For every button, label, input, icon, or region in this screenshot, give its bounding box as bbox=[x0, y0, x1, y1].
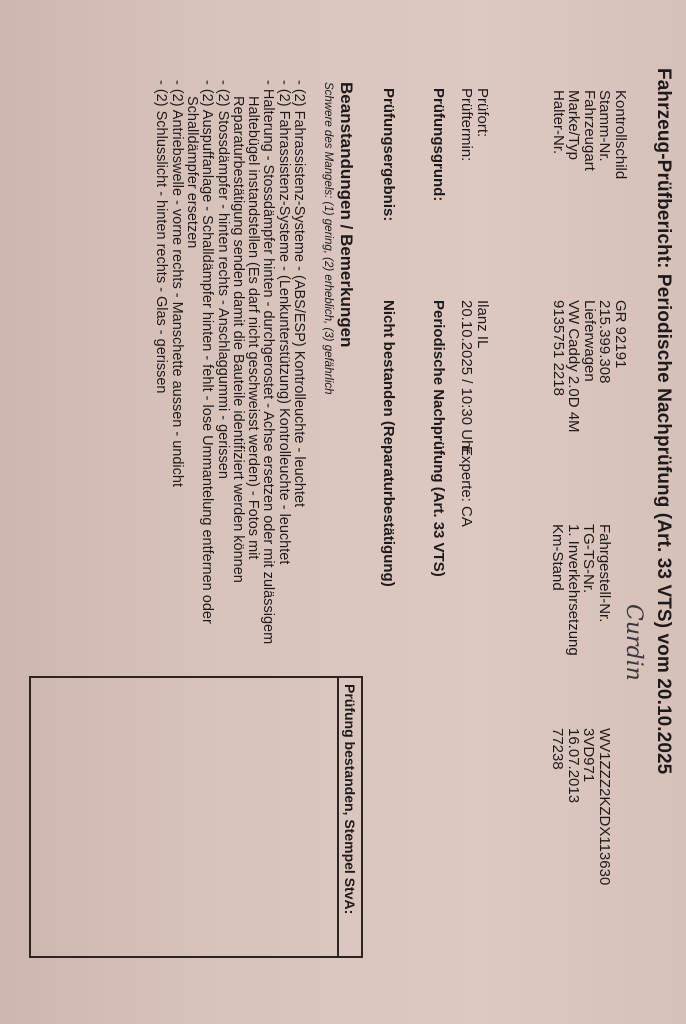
report-title: Fahrzeug-Prüfbericht: Periodische Nachpr… bbox=[652, 68, 674, 774]
value-kontrollschild: GR 92191 bbox=[613, 300, 629, 433]
label-kontrollschild: Kontrollschild bbox=[613, 90, 629, 179]
value-pruefungsergebnis: Nicht bestanden (Reparaturbestätigung) bbox=[381, 300, 397, 587]
defect-line: - (2) Fahrassistenz-Systeme - (Lenkunter… bbox=[275, 80, 290, 644]
label-tg-ts-nr: TG-TS-Nr. bbox=[581, 524, 597, 656]
value-fahrgestell-nr: WV1ZZZ2KZDX113630 bbox=[597, 728, 613, 885]
inspection-labels: Prüfort: Prüftermin: bbox=[459, 88, 490, 161]
value-halter-nr: 9135751 2218 bbox=[551, 300, 567, 433]
defect-line: Haltebügel instandstellen (Es darf nicht… bbox=[245, 80, 260, 644]
label-km-stand: Km-Stand bbox=[550, 524, 566, 656]
value-fahrzeugart: Lieferwagen bbox=[582, 300, 598, 433]
vehicle-left-values: GR 92191 215.399.308 Lieferwagen VW Cadd… bbox=[551, 300, 629, 433]
value-marke-typ: VW Caddy 2.0D 4M bbox=[566, 300, 582, 433]
label-inverkehrsetzung: 1. Inverkehrsetzung bbox=[566, 524, 582, 656]
value-pruefort: Ilanz IL bbox=[475, 300, 491, 453]
defect-line: Reparaturbestätigung senden damit die Ba… bbox=[230, 80, 245, 644]
remarks-title: Beanstandungen / Bemerkungen bbox=[336, 82, 356, 347]
severity-legend: Schwere des Mangels: (1) gering, (2) erh… bbox=[322, 82, 334, 395]
defect-line: - (2) Schlusslicht - hinten rechts - Gla… bbox=[153, 80, 168, 644]
label-pruefungsgrund: Prüfungsgrund: bbox=[431, 88, 447, 201]
defect-line: - (2) Auspuffanlage - Schalldämpfer hint… bbox=[199, 80, 214, 644]
vehicle-right-values: WV1ZZZ2KZDX113630 3VD971 16.07.2013 7723… bbox=[550, 728, 612, 885]
inspection-report-page: Fahrzeug-Prüfbericht: Periodische Nachpr… bbox=[0, 0, 686, 1024]
label-pruefort: Prüfort: bbox=[475, 88, 491, 161]
defect-line: - (2) Fahrassistenz-Systeme - (ABS/ESP) … bbox=[291, 80, 306, 644]
stamp-box: Prüfung bestanden, Stempel StvA: bbox=[29, 676, 363, 958]
defect-line: - Halterung - Stossdämpfer hinten - durc… bbox=[260, 80, 275, 644]
value-pruefungsgrund: Periodische Nachprüfung (Art. 33 VTS) bbox=[431, 300, 447, 577]
label-fahrzeugart: Fahrzeugart bbox=[582, 90, 598, 179]
label-marke-typ: Marke/Typ bbox=[566, 90, 582, 179]
stamp-box-header: Prüfung bestanden, Stempel StvA: bbox=[337, 678, 361, 956]
defect-line: Schalldämpfer ersetzen bbox=[184, 80, 199, 644]
label-halter-nr: Halter-Nr. bbox=[551, 90, 567, 179]
value-inverkehrsetzung: 16.07.2013 bbox=[566, 728, 582, 885]
label-stamm-nr: Stamm-Nr. bbox=[597, 90, 613, 179]
value-tg-ts-nr: 3VD971 bbox=[581, 728, 597, 885]
inspection-values: Ilanz IL 20.10.2025 / 10:30 Uhr bbox=[459, 300, 490, 453]
value-prueftermin: 20.10.2025 / 10:30 Uhr bbox=[459, 300, 475, 453]
vehicle-right-labels: Fahrgestell-Nr. TG-TS-Nr. 1. Inverkehrse… bbox=[550, 524, 612, 656]
handwritten-note: Curdin bbox=[621, 604, 646, 681]
defect-line: - (2) Antriebswelle - vorne rechts - Man… bbox=[168, 80, 183, 644]
defect-line: - (2) Stossdämpfer - hinten rechts - Ans… bbox=[214, 80, 229, 644]
vehicle-left-labels: Kontrollschild Stamm-Nr. Fahrzeugart Mar… bbox=[551, 90, 629, 179]
label-prueftermin: Prüftermin: bbox=[459, 88, 475, 161]
label-pruefungsergebnis: Prüfungsergebnis: bbox=[381, 88, 397, 221]
defects-list: - (2) Fahrassistenz-Systeme - (ABS/ESP) … bbox=[153, 80, 306, 644]
value-km-stand: 77238 bbox=[550, 728, 566, 885]
value-stamm-nr: 215.399.308 bbox=[597, 300, 613, 433]
label-fahrgestell-nr: Fahrgestell-Nr. bbox=[597, 524, 613, 656]
expert: Experte: CA bbox=[459, 446, 475, 527]
